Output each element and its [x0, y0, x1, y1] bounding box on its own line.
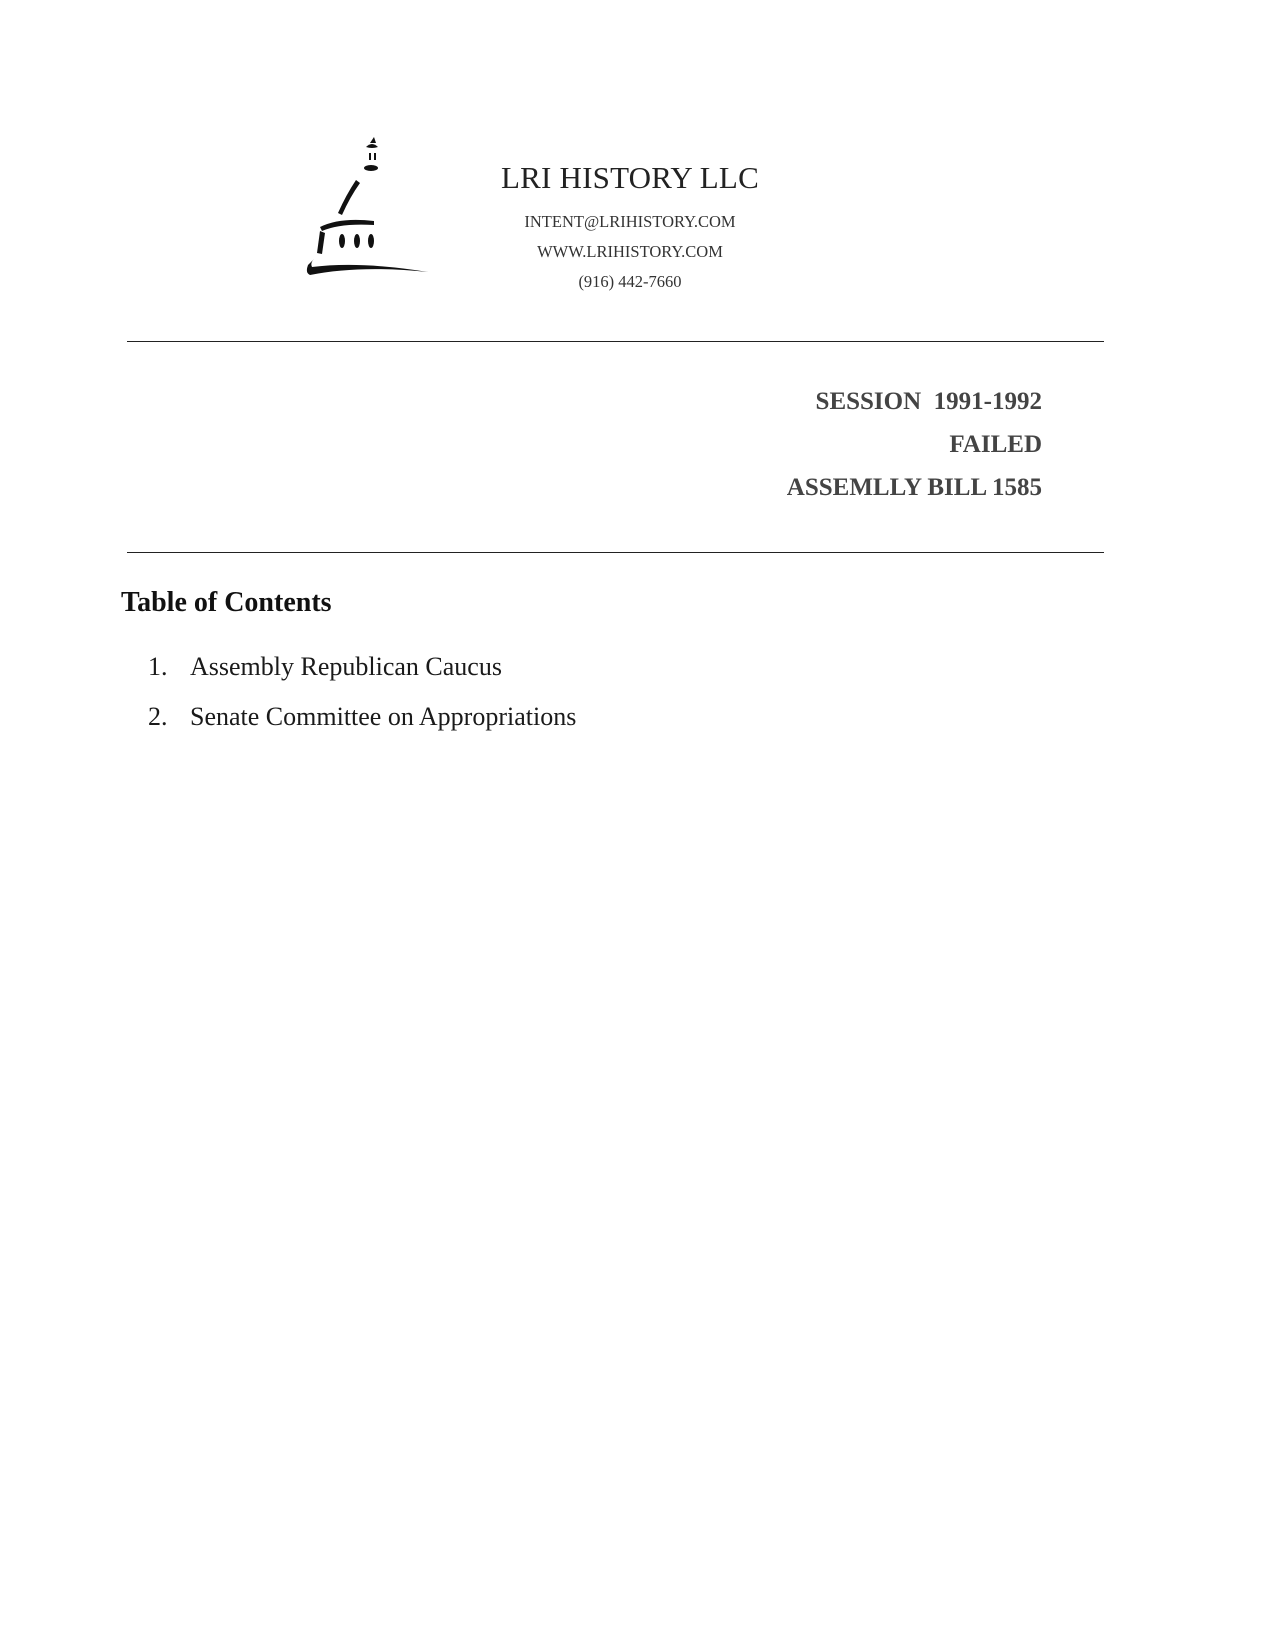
- company-website: WWW.LRIHISTORY.COM: [440, 242, 820, 262]
- toc-item[interactable]: 2. Senate Committee on Appropriations: [148, 702, 576, 752]
- toc-item-label: Assembly Republican Caucus: [190, 652, 502, 702]
- bill-status: FAILED: [949, 431, 1042, 459]
- capitol-dome-icon: [300, 135, 435, 285]
- toc-item-label: Senate Committee on Appropriations: [190, 702, 576, 752]
- toc-item-number: 1.: [148, 652, 190, 702]
- toc-item[interactable]: 1. Assembly Republican Caucus: [148, 652, 576, 702]
- header-divider: [127, 341, 1104, 342]
- company-name: LRI HISTORY LLC: [440, 160, 820, 196]
- bill-number: ASSEMLLY BILL 1585: [787, 474, 1042, 502]
- session-label: SESSION 1991-1992: [816, 388, 1042, 416]
- company-email: INTENT@LRIHISTORY.COM: [440, 212, 820, 232]
- toc-list: 1. Assembly Republican Caucus 2. Senate …: [148, 652, 576, 752]
- company-phone: (916) 442-7660: [440, 272, 820, 292]
- toc-title: Table of Contents: [121, 587, 332, 619]
- toc-item-number: 2.: [148, 702, 190, 752]
- section-divider: [127, 552, 1104, 553]
